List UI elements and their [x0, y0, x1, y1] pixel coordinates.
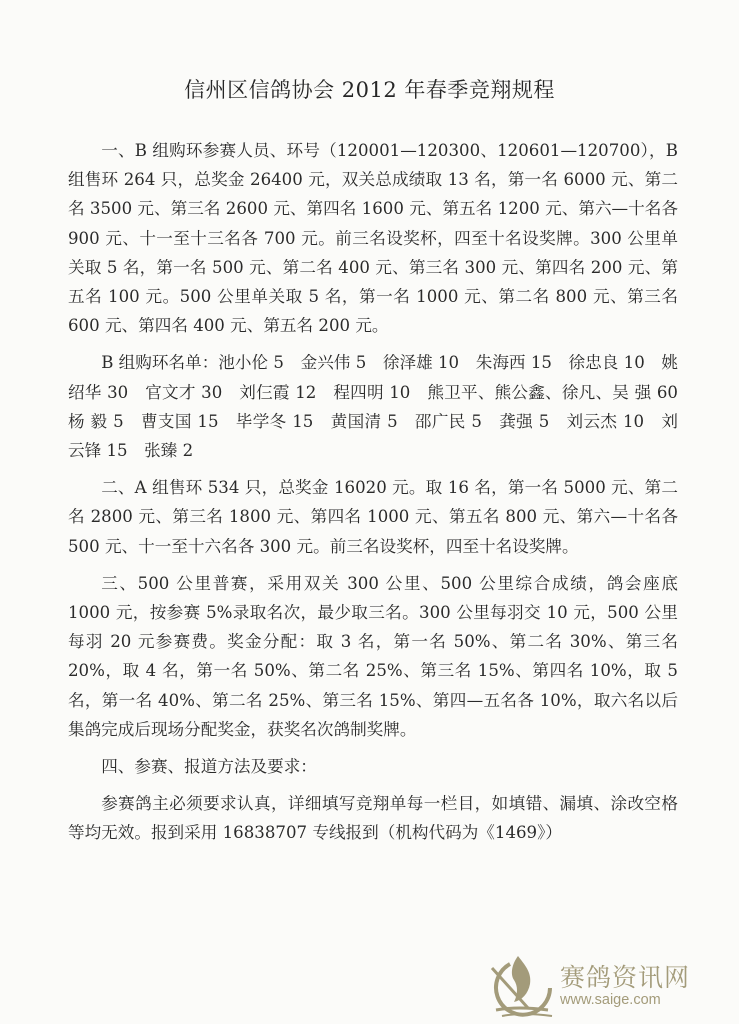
section-4-heading: 四、参赛、报道方法及要求： — [68, 752, 678, 781]
watermark-url: www.saige.com — [560, 992, 661, 1008]
section-1-group-b-prizes: 一、B 组购环参赛人员、环号（120001—120300、120601—1207… — [68, 136, 678, 340]
watermark-site-name: 赛鸽资讯网 — [560, 958, 690, 994]
section-2-group-a-prizes: 二、A 组售环 534 只，总奖金 16020 元。取 16 名，第一名 500… — [68, 473, 678, 561]
pigeon-logo-icon — [488, 950, 562, 1020]
section-4-requirements: 参赛鸽主必须要求认真，详细填写竞翔单每一栏目，如填错、漏填、涂改空格等均无效。报… — [68, 789, 678, 847]
group-b-ring-buyers-list: B 组购环名单：池小伦 5 金兴伟 5 徐泽雄 10 朱海西 15 徐忠良 10… — [68, 348, 678, 465]
document-title: 信州区信鸽协会 2012 年春季竞翔规程 — [0, 74, 739, 104]
document-page: 信州区信鸽协会 2012 年春季竞翔规程 一、B 组购环参赛人员、环号（1200… — [0, 0, 739, 1024]
section-3-open-race: 三、500 公里普赛，采用双关 300 公里、500 公里综合成绩，鸽会座底 1… — [68, 569, 678, 744]
document-body: 一、B 组购环参赛人员、环号（120001—120300、120601—1207… — [68, 136, 678, 856]
site-watermark: 赛鸽资讯网 www.saige.com — [488, 950, 728, 1020]
